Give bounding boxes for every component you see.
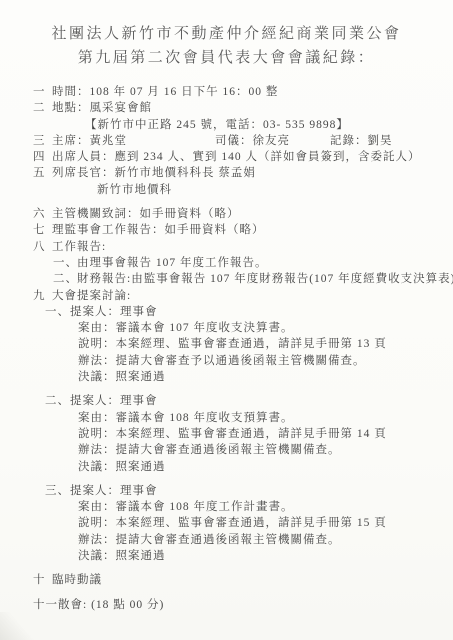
item-officials-number: 三 [33, 133, 52, 149]
item-guests-number: 五 [33, 165, 52, 181]
proposal-2-number: 二、 [45, 393, 70, 409]
proposal-3-head: 三、提案人：理事會 [45, 483, 453, 499]
item-officials: 三主席：黃兆堂司儀：徐友亮記錄：劉昊 [0, 133, 453, 149]
proposal-1-case: 案由：審議本會 107 年度收支決算書。 [45, 320, 453, 336]
item-place-text: 地點：風采宴會館 [52, 102, 152, 114]
proposal-1-number: 一、 [45, 304, 70, 320]
proposal-1-resolution: 決議：照案通過 [45, 369, 453, 385]
scan-corner-artifact [0, 612, 40, 640]
work-report-sub-1-text: 由理事會報告 107 年度工作報告。 [77, 257, 268, 269]
item-adjourn-number: 十一 [33, 597, 58, 613]
mc-name: 司儀：徐友亮 [215, 133, 330, 149]
work-report-sub-2: 二、財務報告:由監事會報告 107 年度財務報告(107 年度經費收支決算表) [0, 271, 453, 287]
item-speech-text: 主管機關致詞：如手冊資料（略） [52, 208, 240, 220]
item-board-report-text: 理監事會工作報告：如手冊資料（略） [52, 224, 265, 236]
proposal-3-method: 辦法：提請大會審查通過後函報主管機關備查。 [45, 532, 453, 548]
item-work-report-text: 工作報告: [52, 241, 106, 253]
item-guests-text: 列席長官：新竹市地價科科長 蔡孟娟 [52, 167, 256, 179]
scanned-meeting-minutes-page: 社團法人新竹市不動產仲介經紀商業同業公會 第九屆第二次會員代表大會會議紀錄： 一… [0, 0, 453, 640]
work-report-sub-1-number: 一、 [53, 255, 77, 271]
item-attendance-number: 四 [33, 149, 52, 165]
work-report-sub-2-text: 財務報告:由監事會報告 107 年度財務報告(107 年度經費收支決算表) [77, 273, 453, 285]
item-place: 二地點：風采宴會館 [0, 100, 453, 116]
proposal-1: 一、提案人：理事會 案由：審議本會 107 年度收支決算書。 說明：本案經理、監… [0, 304, 453, 385]
proposal-2: 二、提案人：理事會 案由：審議本會 108 年度收支預算書。 說明：本案經理、監… [0, 393, 453, 474]
item-proposals-text: 大會提案討論: [52, 290, 131, 302]
item-board-report: 七理監事會工作報告：如手冊資料（略） [0, 222, 453, 238]
place-address: 【新竹市中正路 245 號，電話：03- 535 9898】 [0, 117, 453, 133]
proposal-3-proposer: 提案人：理事會 [70, 485, 158, 497]
item-time: 一時間：108 年 07 月 16 日下午 16：00 整 [0, 84, 453, 100]
item-work-report-number: 八 [33, 239, 52, 255]
proposal-2-explain: 說明：本案經理、監事會審查通過，請詳見手冊第 14 頁 [45, 426, 453, 442]
recorder-name: 記錄：劉昊 [330, 135, 393, 147]
item-proposals-number: 九 [33, 288, 52, 304]
proposal-3-explain: 說明：本案經理、監事會審查通過，請詳見手冊第 15 頁 [45, 515, 453, 531]
doc-title-line1: 社團法人新竹市不動產仲介經紀商業同業公會 [0, 22, 453, 46]
proposal-1-explain: 說明：本案經理、監事會審查通過，請詳見手冊第 13 頁 [45, 336, 453, 352]
work-report-sub-2-number: 二、 [53, 271, 77, 287]
proposal-2-method: 辦法：提請大會審查通過後函報主管機關備查。 [45, 442, 453, 458]
item-motions-text: 臨時動議 [52, 574, 102, 586]
item-time-number: 一 [33, 84, 52, 100]
proposal-1-proposer: 提案人：理事會 [70, 306, 158, 318]
item-motions: 十臨時動議 [0, 572, 453, 588]
proposal-3-case: 案由：審議本會 108 年度工作計畫書。 [45, 499, 453, 515]
item-proposals-header: 九大會提案討論: [0, 288, 453, 304]
proposal-2-resolution: 決議：照案通過 [45, 459, 453, 475]
proposal-3-number: 三、 [45, 483, 70, 499]
item-attendance-text: 出席人員：應到 234 人、實到 140 人（詳如會員簽到，含委託人） [52, 151, 421, 163]
proposal-2-proposer: 提案人：理事會 [70, 395, 158, 407]
item-guests: 五列席長官：新竹市地價科科長 蔡孟娟 [0, 165, 453, 181]
proposal-3-resolution: 決議：照案通過 [45, 548, 453, 564]
item-adjourn-text: 散會: (18 點 00 分) [58, 599, 164, 611]
proposal-3: 三、提案人：理事會 案由：審議本會 108 年度工作計畫書。 說明：本案經理、監… [0, 483, 453, 564]
work-report-sub-1: 一、由理事會報告 107 年度工作報告。 [0, 255, 453, 271]
item-place-number: 二 [33, 100, 52, 116]
item-attendance: 四出席人員：應到 234 人、實到 140 人（詳如會員簽到，含委託人） [0, 149, 453, 165]
proposal-1-method: 辦法：提請大會審查予以通過後函報主管機關備查。 [45, 353, 453, 369]
chair-name: 主席：黃兆堂 [52, 133, 215, 149]
proposal-2-head: 二、提案人：理事會 [45, 393, 453, 409]
item-work-report: 八工作報告: [0, 239, 453, 255]
item-authority-speech: 六主管機關致詞：如手冊資料（略） [0, 206, 453, 222]
item-speech-number: 六 [33, 206, 52, 222]
item-board-report-number: 七 [33, 222, 52, 238]
item-time-text: 時間：108 年 07 月 16 日下午 16：00 整 [52, 86, 278, 98]
doc-title-line2: 第九屆第二次會員代表大會會議紀錄： [0, 46, 453, 70]
proposal-1-head: 一、提案人：理事會 [45, 304, 453, 320]
proposal-2-case: 案由：審議本會 108 年度收支預算書。 [45, 410, 453, 426]
guest-department: 新竹市地價科 [0, 182, 453, 198]
item-motions-number: 十 [33, 572, 52, 588]
doc-title: 社團法人新竹市不動產仲介經紀商業同業公會 第九屆第二次會員代表大會會議紀錄： [0, 0, 453, 70]
item-adjourn: 十一散會: (18 點 00 分) [0, 597, 453, 613]
